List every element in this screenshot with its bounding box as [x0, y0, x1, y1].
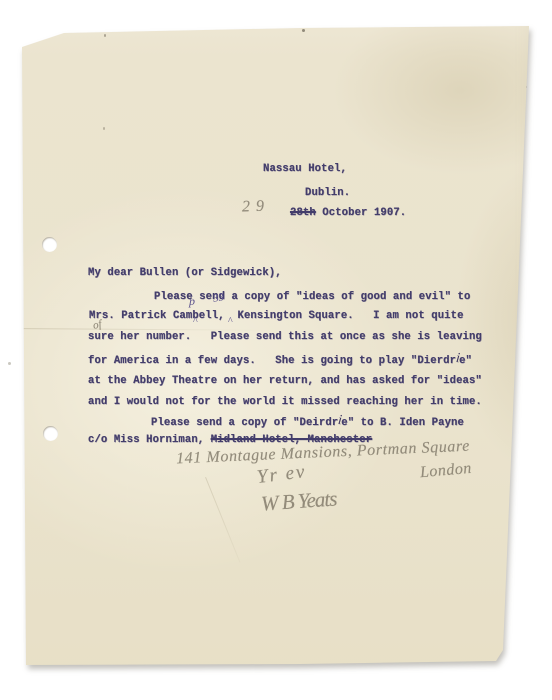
- inserted-of-annotation: of: [92, 318, 103, 332]
- heading-city: Dublin.: [305, 187, 350, 200]
- body-line-3: sure her number. Please send this at onc…: [88, 331, 482, 344]
- body-line-5: at the Abbey Theatre on her return, and …: [88, 375, 482, 388]
- punch-hole-bottom: [43, 426, 58, 441]
- paper-shadow: Nassau Hotel, Dublin. 29 28th October 19…: [0, 0, 552, 700]
- date-line: 28th October 1907.: [290, 207, 406, 220]
- pen-inserted-i: i: [338, 414, 342, 427]
- paper-speck: [103, 127, 105, 130]
- caret-under-cambell: ^: [193, 316, 198, 327]
- valediction: Yr ev: [256, 461, 308, 489]
- pen-inserted-i: i: [455, 352, 459, 365]
- letter-paper: Nassau Hotel, Dublin. 29 28th October 19…: [0, 0, 552, 700]
- handwritten-city: London: [419, 460, 472, 482]
- caret-before-kensington: ^: [228, 316, 233, 327]
- letter-photograph: Nassau Hotel, Dublin. 29 28th October 19…: [0, 0, 552, 700]
- paper-speck: [526, 86, 529, 88]
- date-day-pencil: 29: [242, 198, 271, 217]
- paper-speck: [104, 34, 106, 37]
- salutation: My dear Bullen (or Sidgewick),: [88, 267, 282, 280]
- body-line-6: and I would not for the world it missed …: [88, 396, 482, 409]
- date-day-struck: 28th: [290, 207, 316, 219]
- signature: W B Yeats: [260, 486, 337, 516]
- body-line-4: for America in a few days. She is going …: [88, 353, 472, 368]
- body-line-1: Please send a copy of "ideas of good and…: [154, 291, 470, 304]
- paper-speck: [302, 29, 305, 32]
- date-rest: October 1907.: [316, 207, 406, 219]
- body-line-2: Mrs. Patrick Cambell, Kensington Square.…: [89, 310, 464, 323]
- heading-hotel: Nassau Hotel,: [263, 163, 347, 176]
- inserted-33-annotation: 33: [212, 291, 225, 305]
- body-line-7: Please send a copy of "Deirdrie" to B. I…: [151, 415, 464, 430]
- inserted-p-annotation: p: [189, 294, 195, 309]
- diagonal-crease: [205, 477, 240, 563]
- punch-hole-top: [42, 237, 57, 252]
